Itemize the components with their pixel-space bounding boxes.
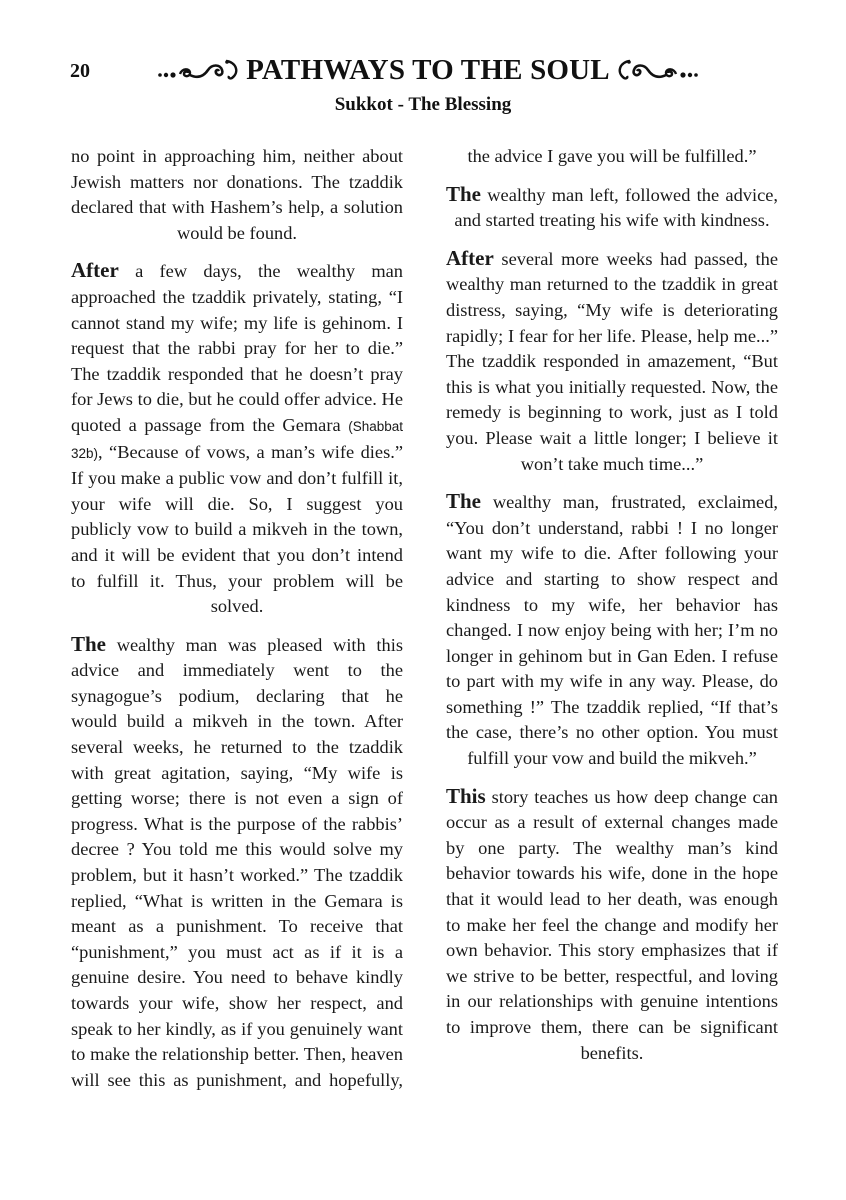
paragraph-text: story teaches us how deep change can occ… xyxy=(446,787,778,1063)
paragraph-lead-word: The xyxy=(71,632,106,656)
paragraph-text: wealthy man, frustrated, exclaimed, “You… xyxy=(446,492,778,768)
flourish-ornament-left-icon xyxy=(154,58,242,82)
paragraph-text: a few days, the wealthy man approached t… xyxy=(71,261,403,435)
book-title: PATHWAYS TO THE SOUL xyxy=(246,54,610,87)
paragraph: The wealthy man left, followed the advic… xyxy=(446,182,778,234)
paragraph: no point in approaching him, neither abo… xyxy=(71,144,403,246)
right-column: the advice I gave you will be fulfilled.… xyxy=(446,144,778,1078)
paragraph: The wealthy man was pleased with this ad… xyxy=(71,632,403,1094)
paragraph: This story teaches us how deep change ca… xyxy=(446,784,778,1067)
page-number: 20 xyxy=(70,60,90,83)
paragraph-lead-word: After xyxy=(71,258,119,282)
paragraph-lead-word: After xyxy=(446,246,494,270)
paragraph-lead-word: This xyxy=(446,784,486,808)
paragraph-lead-word: The xyxy=(446,489,481,513)
paragraph-lead-word: The xyxy=(446,182,481,206)
paragraph-text: wealthy man left, followed the advice, a… xyxy=(454,185,778,231)
left-column: no point in approaching him, neither abo… xyxy=(71,144,403,1105)
paragraph: After several more weeks had passed, the… xyxy=(446,246,778,477)
running-head: PATHWAYS TO THE SOUL xyxy=(128,50,728,90)
paragraph: After a few days, the wealthy man approa… xyxy=(71,258,403,619)
paragraph-text: wealthy man was pleased with this advice… xyxy=(71,635,403,1090)
flourish-ornament-right-icon xyxy=(614,58,702,82)
paragraph-text: the advice I gave you will be fulfilled.… xyxy=(467,146,756,166)
paragraph-text: no point in approaching him, neither abo… xyxy=(71,146,403,243)
paragraph-text: several more weeks had passed, the wealt… xyxy=(446,249,778,474)
chapter-subtitle: Sukkot - The Blessing xyxy=(0,94,846,116)
paragraph-text: , “Because of vows, a man’s wife dies.” … xyxy=(71,442,403,617)
paragraph: the advice I gave you will be fulfilled.… xyxy=(446,144,778,170)
paragraph: The wealthy man, frustrated, exclaimed, … xyxy=(446,489,778,772)
